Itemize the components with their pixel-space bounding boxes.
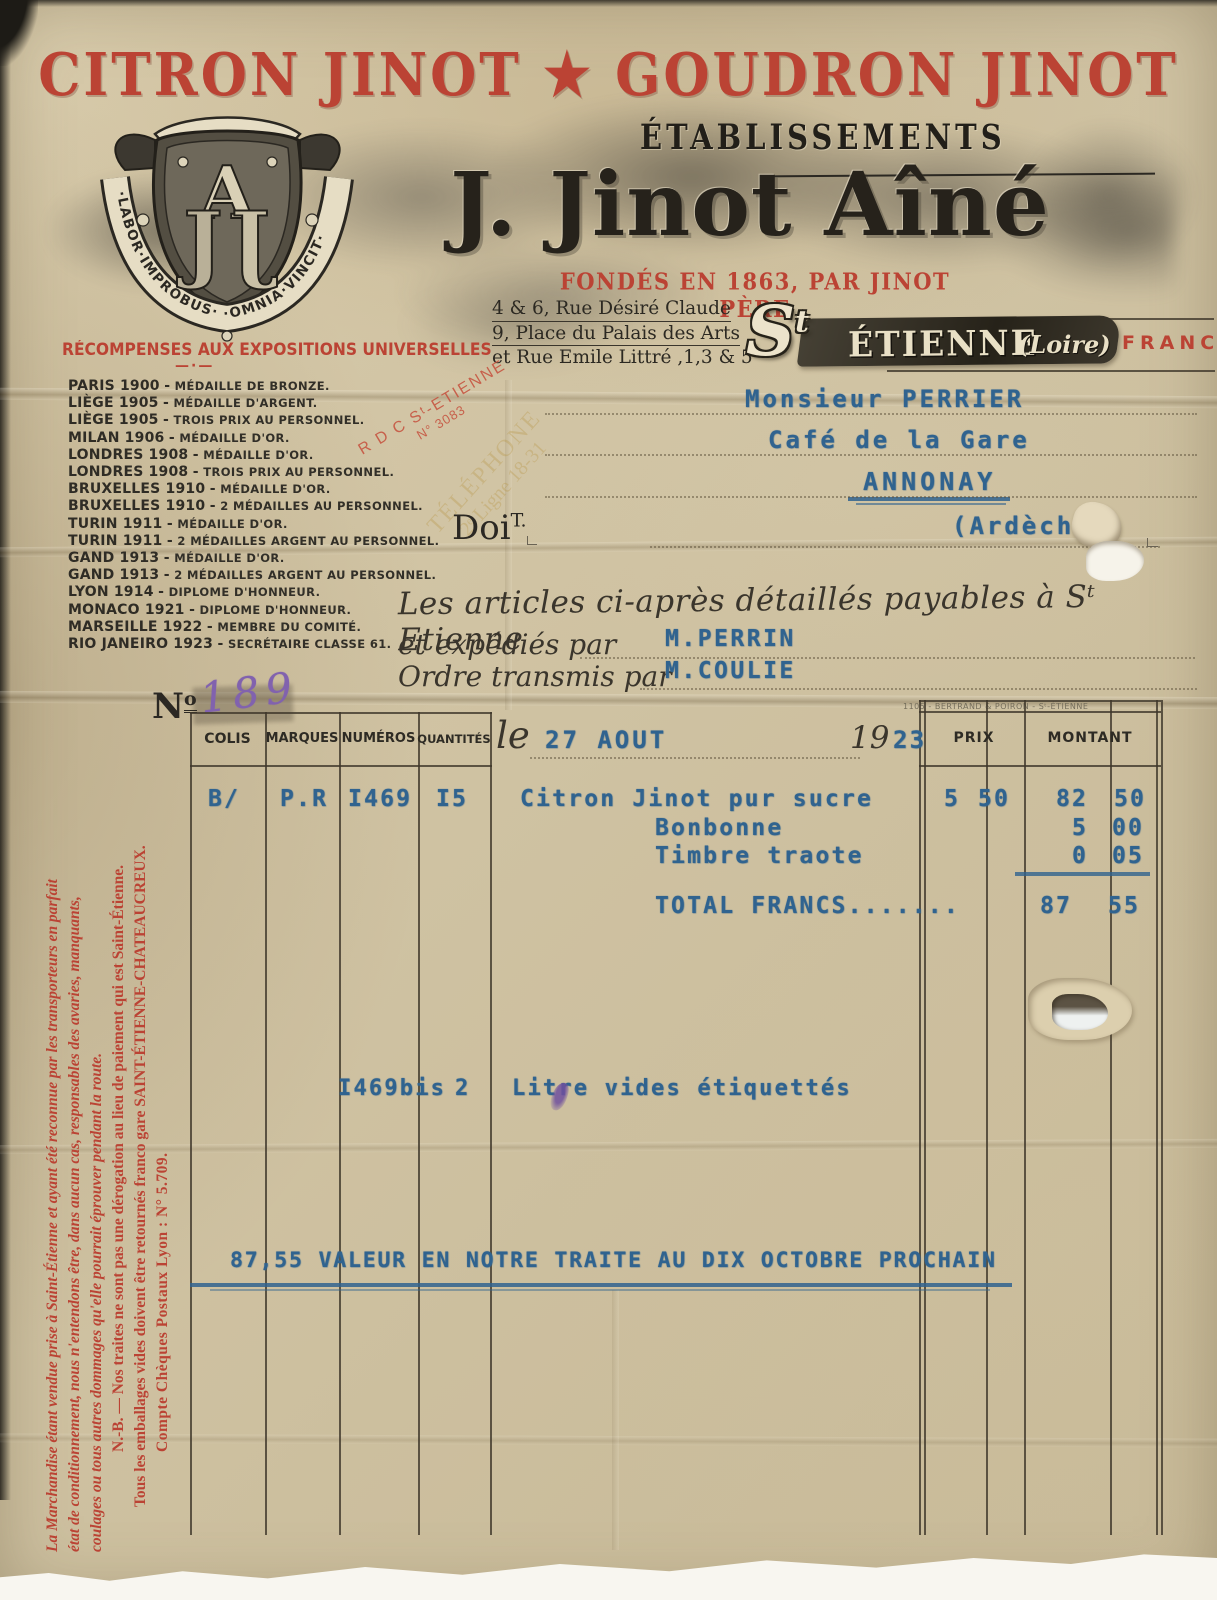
row1-prix-centimes: 50 — [978, 786, 1010, 812]
side-note-line: état de conditionnement, nous n'entendon… — [64, 672, 86, 1552]
award-item: PARIS 1900 - MÉDAILLE DE BRONZE. — [68, 377, 439, 394]
form-dotted-line — [640, 688, 1197, 690]
column-header-numeros: NUMÉROS — [339, 712, 418, 765]
subtotal-underline — [1015, 872, 1150, 876]
row3-montant-centimes: 05 — [1112, 843, 1144, 869]
recipient-city: ANNONAY — [863, 467, 996, 496]
award-item: MONACO 1921 - DIPLOME D'HONNEUR. — [68, 601, 439, 618]
form-dotted-line — [545, 496, 1197, 498]
city-banner-dept: (Loire) — [1018, 330, 1111, 359]
city-banner-name: ÉTIENNE — [848, 322, 1038, 365]
row2-description: Bonbonne — [655, 815, 783, 841]
traite-line: 87,55 VALEUR EN NOTRE TRAITE AU DIX OCTO… — [230, 1248, 997, 1273]
scan-bottom-edge — [0, 1540, 1217, 1600]
date-dotted-line — [530, 757, 860, 759]
extra-row-quantites: 2 — [455, 1076, 470, 1101]
side-note-line: La Marchandise étant vendue prise à Sain… — [42, 672, 64, 1552]
shipped-by-value: M.PERRIN — [665, 626, 796, 652]
address-line: et Rue Emile Littré ,1,3 & 5 — [492, 346, 753, 370]
award-item: BRUXELLES 1910 - 2 MÉDAILLES AU PERSONNE… — [68, 497, 439, 514]
table-column-line — [919, 700, 921, 1535]
awards-divider: —·— — [175, 358, 214, 374]
row3-description: Timbre traote — [655, 843, 864, 869]
invoice-number-o: o — [184, 688, 197, 713]
company-name: J. Jinot Aîné — [420, 152, 1080, 256]
total-francs: 87 — [1040, 893, 1072, 919]
conditions-line3-label: Ordre transmis par — [398, 660, 672, 693]
doit-label: DoiT. — [452, 508, 527, 548]
table-column-line — [265, 712, 267, 1535]
corner-mark — [527, 536, 537, 545]
country-label: FRANCE — [1122, 332, 1217, 354]
award-item: GAND 1913 - MÉDAILLE D'OR. — [68, 549, 439, 566]
row1-prix-francs: 5 — [944, 786, 960, 812]
extra-row-numeros: I469bis — [338, 1076, 446, 1101]
corner-mark — [1147, 538, 1158, 547]
side-note-line: N.-B. — Nos traites ne sont pas une déro… — [108, 672, 130, 1552]
row1-montant-centimes: 50 — [1114, 786, 1146, 812]
city-banner-rule-bottom — [887, 370, 1215, 372]
row2-montant-francs: 5 — [1072, 815, 1088, 841]
form-dotted-line — [545, 454, 1197, 456]
invoice-document: CITRON JINOT ★ GOUDRON JINOT ·LABOR·IMPR… — [0, 0, 1217, 1600]
table-column-line — [1024, 700, 1026, 1535]
row1-marques: P.R — [280, 786, 328, 812]
table-rule — [919, 700, 1161, 702]
form-dotted-line — [650, 546, 1160, 548]
side-note-line: coulages ou tous autres dommages qu'elle… — [86, 672, 108, 1552]
row1-description: Citron Jinot pur sucre — [520, 786, 873, 812]
form-dotted-line — [545, 413, 1197, 415]
table-column-line — [986, 700, 988, 1535]
row1-quantites: I5 — [436, 786, 468, 812]
award-item: TURIN 1911 - 2 MÉDAILLES ARGENT AU PERSO… — [68, 532, 439, 549]
award-item: BRUXELLES 1910 - MÉDAILLE D'OR. — [68, 480, 439, 497]
award-item: RIO JANEIRO 1923 - SECRÉTAIRE CLASSE 61. — [68, 635, 439, 652]
doit-word: Doi — [452, 508, 511, 548]
table-rule — [919, 765, 1161, 767]
fold-crease — [0, 1433, 1217, 1447]
address-line: 4 & 6, Rue Désiré Claude — [492, 297, 731, 322]
award-item: LYON 1914 - DIPLOME D'HONNEUR. — [68, 583, 439, 600]
scan-edge-left — [0, 0, 11, 1500]
city-initial-sup: t — [795, 304, 809, 339]
traite-underline — [210, 1289, 990, 1291]
city-banner-initial: St — [746, 292, 809, 372]
paper-hole — [1086, 541, 1144, 581]
company-crest: ·LABOR·IMPROBUS· ·OMNIA·VINCIT· A J J — [85, 100, 370, 358]
award-item: GAND 1913 - 2 MÉDAILLES ARGENT AU PERSON… — [68, 566, 439, 583]
wrinkle-vertical — [612, 1290, 619, 1550]
recipient-name: Monsieur PERRIER — [745, 385, 1024, 413]
award-item: TURIN 1911 - MÉDAILLE D'OR. — [68, 515, 439, 532]
table-column-line — [339, 712, 341, 1535]
award-item: LONDRES 1908 - TROIS PRIX AU PERSONNEL. — [68, 463, 439, 480]
total-centimes: 55 — [1108, 893, 1140, 919]
side-note-line: Tous les emballages vides doivent être r… — [130, 672, 152, 1552]
table-column-line — [1161, 700, 1163, 1535]
printer-mark: 1105 - BERTRAND & POIRON - Sᵗ-ÉTIENNE — [903, 702, 1088, 711]
table-column-line — [190, 712, 192, 1535]
svg-text:J: J — [176, 193, 223, 292]
row2-montant-centimes: 00 — [1112, 815, 1144, 841]
scan-edge-top — [0, 0, 1217, 7]
row1-colis: B/ — [208, 786, 240, 812]
side-notes: La Marchandise étant vendue prise à Sain… — [42, 672, 178, 1552]
traite-underline — [190, 1283, 1012, 1287]
row1-numeros: I469 — [348, 786, 412, 812]
award-item: LIÈGE 1905 - MÉDAILLE D'ARGENT. — [68, 394, 439, 411]
table-column-line — [490, 712, 492, 1535]
recipient-city-underline — [856, 503, 1006, 505]
awards-title: RÉCOMPENSES AUX EXPOSITIONS UNIVERSELLES — [62, 340, 492, 359]
column-header-montant: MONTANT — [1024, 711, 1156, 765]
side-note-line: Compte Chèques Postaux Lyon : N° 5.709. — [152, 672, 174, 1552]
column-header-prix: PRIX — [924, 711, 1024, 765]
date-century: 19 — [850, 720, 889, 756]
date-day-month: 27 AOUT — [545, 726, 667, 754]
date-year: 23 — [893, 726, 926, 754]
column-header-marques: MARQUES — [265, 712, 339, 765]
table-column-line — [924, 700, 926, 1535]
fold-crease — [0, 1139, 1217, 1154]
awards-list: PARIS 1900 - MÉDAILLE DE BRONZE. LIÈGE 1… — [68, 377, 439, 652]
doit-sup: T. — [511, 510, 527, 532]
total-label: TOTAL FRANCS....... — [655, 893, 960, 919]
table-column-line — [418, 712, 420, 1535]
table-column-line — [1156, 700, 1158, 1535]
row3-montant-francs: 0 — [1072, 843, 1088, 869]
city-initial-s: S — [746, 292, 795, 372]
svg-text:J: J — [231, 193, 278, 292]
row1-montant-francs: 82 — [1056, 786, 1088, 812]
date-le: le — [496, 714, 530, 757]
order-by-value: M.COULIE — [665, 658, 796, 684]
table-rule — [190, 765, 492, 767]
recipient-line2: Café de la Gare — [768, 426, 1030, 454]
award-item: MARSEILLE 1922 - MEMBRE DU COMITÉ. — [68, 618, 439, 635]
column-header-colis: COLIS — [190, 712, 265, 765]
column-header-quantites: QUANTITÉS — [418, 712, 490, 765]
address-line: 9, Place du Palais des Arts — [492, 322, 740, 347]
paper-hole — [1052, 994, 1108, 1030]
